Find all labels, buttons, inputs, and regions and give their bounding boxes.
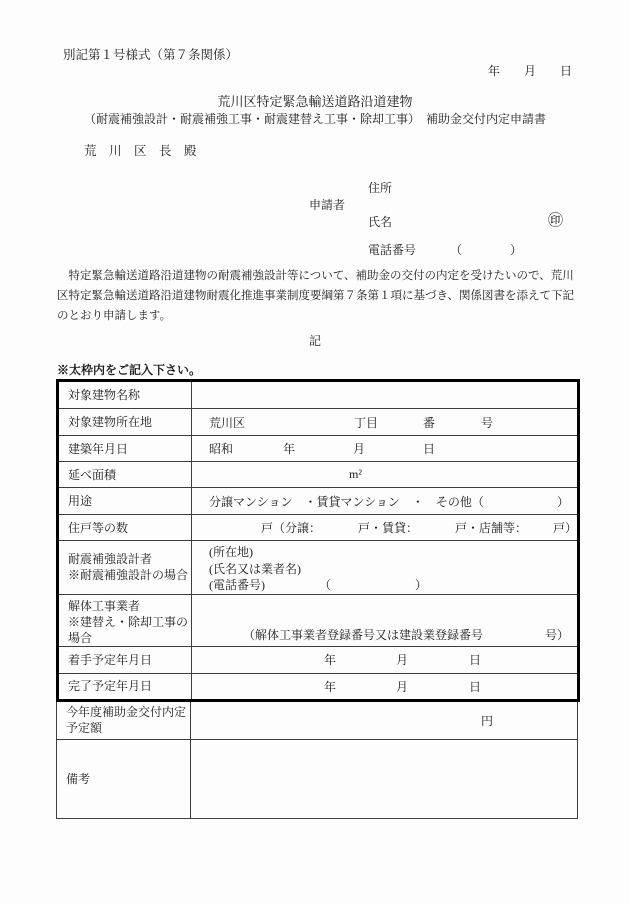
- ki-heading: 記: [0, 332, 630, 349]
- table-row: 備考: [57, 740, 578, 819]
- remarks-value: [191, 740, 578, 819]
- table-row: 住戸等の数 戸（分譲： 戸・賃貸： 戸・店舗等： 戸）: [58, 515, 579, 541]
- thin-frame-table: 今年度補助金交付内定予定額 円 備考: [56, 702, 578, 820]
- seismic-designer-label: 耐震補強設計者 ※耐震補強設計の場合: [58, 541, 192, 595]
- month-label: 月: [396, 678, 408, 695]
- table-row: 着手予定年月日 年 月 日: [58, 646, 579, 673]
- building-name-label: 対象建物名称: [58, 381, 192, 409]
- table-row: 対象建物所在地 荒川区 丁目 番 号: [58, 409, 579, 436]
- applicant-phone-blank: （ ）: [450, 241, 522, 258]
- subsidy-amount-value: 円: [191, 702, 578, 740]
- year-label: 年: [324, 678, 336, 695]
- year-label: 年: [283, 440, 295, 457]
- application-table: 対象建物名称 対象建物所在地 荒川区 丁目 番 号 建築年月日: [56, 379, 577, 819]
- day-label: 日: [469, 678, 481, 695]
- table-row: 耐震補強設計者 ※耐震補強設計の場合 (所在地) (氏名又は業者名) (電話番号…: [58, 541, 579, 595]
- table-row: 解体工事業者 ※建替え・除却工事の場合 （解体工事業者登録番号又は建設業登録番号…: [58, 594, 579, 646]
- application-form-page: 別記第１号様式（第７条関係） 年 月 日 荒川区特定緊急輸送道路沿道建物 （耐震…: [0, 0, 630, 903]
- body-paragraph: 特定緊急輸送道路沿道建物の耐震補強設計等について、補助金の交付の内定を受けたいの…: [57, 266, 574, 326]
- era-showa: 昭和: [209, 440, 233, 457]
- table-row: 今年度補助金交付内定予定額 円: [57, 702, 578, 740]
- floor-area-label: 延べ面積: [58, 462, 192, 488]
- registration-number-label: （解体工事業者登録番号又は建設業登録番号: [243, 626, 483, 643]
- fill-note: ※太枠内をご記入下さい。: [57, 361, 201, 378]
- document-title-line1: 荒川区特定緊急輸送道路沿道建物: [0, 91, 630, 110]
- table-row: 建築年月日 昭和 年 月 日: [58, 436, 579, 462]
- units-rental: 戸・賃貸：: [358, 519, 418, 536]
- demolition-contractor-value: （解体工事業者登録番号又は建設業登録番号 号）: [192, 594, 579, 646]
- usage-value: 分譲マンション ・賃貸マンション ・ その他（ ）: [192, 488, 579, 515]
- month-label: 月: [396, 651, 408, 668]
- applicant-label: 申請者: [309, 196, 345, 213]
- usage-label: 用途: [58, 488, 192, 515]
- month-label: 月: [353, 440, 365, 457]
- bold-frame-table: 対象建物名称 対象建物所在地 荒川区 丁目 番 号 建築年月日: [56, 379, 580, 702]
- applicant-phone-label: 電話番号: [368, 241, 416, 258]
- building-location-value: 荒川区 丁目 番 号: [192, 409, 579, 436]
- building-location-label: 対象建物所在地: [58, 409, 192, 436]
- units-total: 戸（分譲：: [261, 519, 321, 536]
- document-title-line2: （耐震補強設計・耐震補強工事・耐震建替え工事・除却工事） 補助金交付内定申請書: [0, 110, 630, 127]
- form-code: 別記第１号様式（第７条関係）: [63, 45, 238, 63]
- floor-area-value: m²: [192, 462, 579, 488]
- building-name-value: [192, 381, 579, 409]
- start-date-value: 年 月 日: [192, 646, 579, 673]
- registration-number-suffix: 号）: [545, 626, 569, 643]
- table-row: 完了予定年月日 年 月 日: [58, 673, 579, 700]
- usage-close-paren: ）: [557, 493, 569, 510]
- table-row: 対象建物名称: [58, 381, 579, 409]
- remarks-label: 備考: [57, 740, 191, 819]
- location-ban: 番: [423, 414, 435, 431]
- applicant-name-label: 氏名: [368, 213, 392, 230]
- day-label: 日: [469, 651, 481, 668]
- subsidy-amount-label: 今年度補助金交付内定予定額: [57, 702, 191, 740]
- year-label: 年: [324, 651, 336, 668]
- completion-date-label: 完了予定年月日: [58, 673, 192, 700]
- addressee: 荒 川 区 長 殿: [84, 141, 197, 159]
- seal-mark-icon: ㊞: [548, 209, 563, 230]
- units-close: 戸）: [553, 519, 577, 536]
- construction-date-label: 建築年月日: [58, 436, 192, 462]
- day-label: 日: [423, 440, 435, 457]
- location-chome: 丁目: [354, 414, 378, 431]
- units-shop: 戸・店舗等：: [455, 519, 527, 536]
- seismic-designer-value: (所在地) (氏名又は業者名) (電話番号) （ ）: [192, 541, 579, 595]
- date-line: 年 月 日: [488, 62, 572, 79]
- location-ward: 荒川区: [209, 414, 245, 431]
- construction-date-value: 昭和 年 月 日: [192, 436, 579, 462]
- start-date-label: 着手予定年月日: [58, 646, 192, 673]
- completion-date-value: 年 月 日: [192, 673, 579, 700]
- unit-count-label: 住戸等の数: [58, 515, 192, 541]
- table-row: 延べ面積 m²: [58, 462, 579, 488]
- unit-count-value: 戸（分譲： 戸・賃貸： 戸・店舗等： 戸）: [192, 515, 579, 541]
- demolition-contractor-label: 解体工事業者 ※建替え・除却工事の場合: [58, 594, 192, 646]
- applicant-address-label: 住所: [368, 179, 392, 196]
- usage-options: 分譲マンション ・賃貸マンション ・ その他（: [209, 493, 484, 510]
- location-go: 号: [481, 414, 493, 431]
- table-row: 用途 分譲マンション ・賃貸マンション ・ その他（ ）: [58, 488, 579, 515]
